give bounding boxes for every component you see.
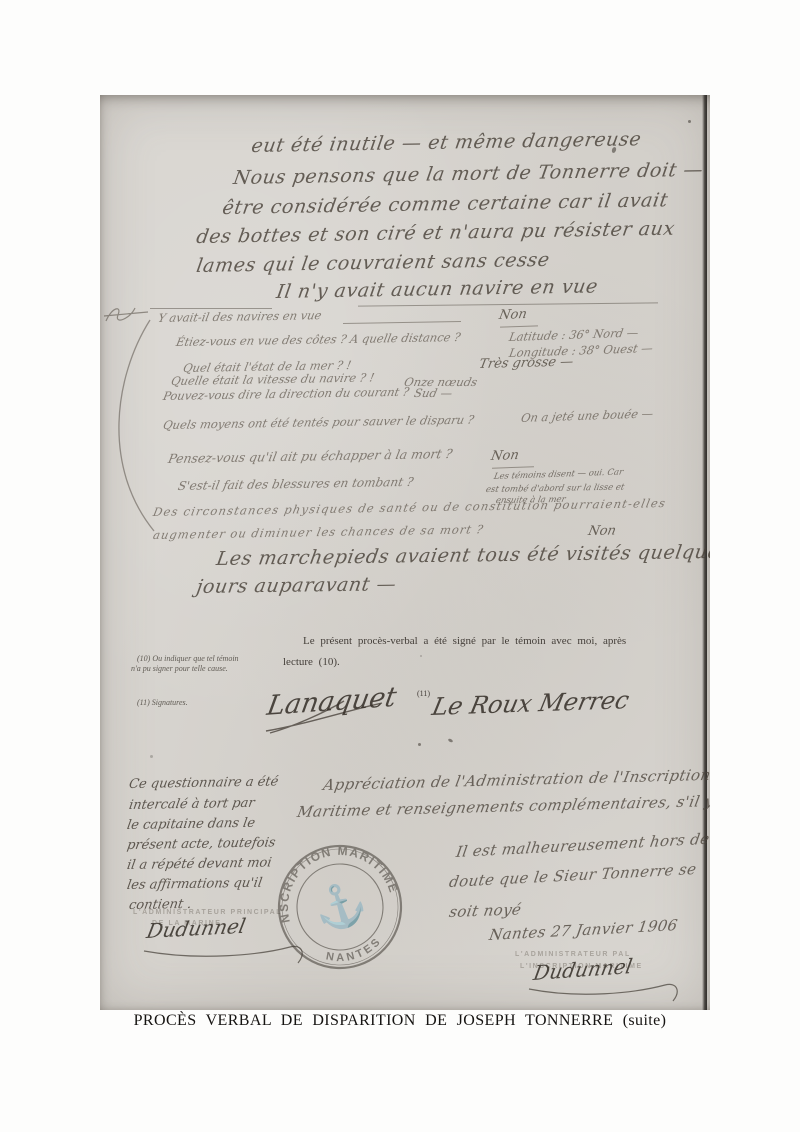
answer-9: Non — [587, 524, 617, 538]
manuscript-line: des bottes et son ciré et n'aura pu rési… — [195, 220, 676, 247]
margin-note-line: les affirmations qu'il — [126, 877, 263, 892]
question-9-line1: Des circonstances physiques de santé ou … — [152, 498, 667, 518]
answer-6: On a jeté une bouée — — [520, 408, 654, 424]
question-7: Pensez-vous qu'il ait pu échapper à la m… — [167, 448, 453, 466]
anchor-icon: ⚓ — [307, 875, 372, 938]
manuscript-no-ship-line: Il n'y avait aucun navire en vue — [275, 277, 599, 302]
ink-speck — [688, 120, 691, 123]
signature-administrator-left: Dudunnel — [145, 916, 247, 941]
ink-speck — [420, 655, 422, 657]
margin-note-line: présent acte, toutefois — [126, 836, 276, 852]
ink-speck — [448, 738, 454, 743]
signature-administrator-right: Dudunnel — [532, 956, 634, 983]
page: eut été inutile — et même dangereuse Nou… — [0, 0, 800, 1132]
signature-official: Le Roux Merrec — [430, 688, 631, 719]
dash-line — [492, 466, 534, 468]
footnote-10-line1: (10) Ou indiquer que tel témoin — [137, 655, 239, 663]
appreciation-heading-line2: Maritime et renseignements complémentair… — [296, 793, 710, 820]
printed-closing-line2: lecture (10). — [283, 657, 340, 668]
bracket-mark — [102, 317, 158, 537]
manuscript-line: Les marchepieds avaient tous été visités… — [215, 543, 710, 569]
scanned-document: eut été inutile — et même dangereuse Nou… — [100, 95, 710, 1010]
dash-line — [500, 325, 538, 327]
ink-speck — [150, 755, 153, 758]
signature-flourish — [258, 699, 388, 735]
answer-8-line1: Les témoins disent — oui. Car — [493, 468, 624, 481]
answer-3: Très grosse — — [478, 355, 574, 371]
dash-line — [343, 321, 461, 324]
question-6: Quels moyens ont été tentés pour sauver … — [162, 415, 475, 432]
margin-note-line: le capitaine dans le — [126, 817, 256, 832]
appreciation-body-line: Il est malheureusement hors de — [455, 832, 710, 860]
answer-5: Sud — — [413, 388, 453, 400]
manuscript-line: Nous pensons que la mort de Tonnerre doi… — [232, 161, 705, 188]
appreciation-body-line: doute que le Sieur Tonnerre se — [448, 862, 698, 890]
question-5: Pouvez-vous dire la direction du courant… — [162, 387, 410, 403]
footnote-10-line2: n'a pu signer pour telle cause. — [131, 665, 228, 673]
caption: PROCÈS VERBAL DE DISPARITION DE JOSEPH T… — [0, 1012, 800, 1030]
question-1: Y avait-il des navires en vue — [157, 310, 322, 324]
answer-1: Non — [498, 308, 528, 322]
manuscript-line: eut été inutile — et même dangereuse — [250, 130, 643, 156]
margin-note-line: Ce questionnaire a été — [128, 775, 279, 791]
ink-speck — [418, 743, 421, 746]
question-9-line2: augmenter ou diminuer les chances de sa … — [152, 524, 485, 541]
question-2: Étiez-vous en vue des côtes ? A quelle d… — [175, 332, 461, 349]
appreciation-body-line: soit noyé — [448, 902, 523, 920]
printed-closing-line1: Le présent procès-verbal a été signé par… — [303, 636, 626, 647]
answer-7: Non — [490, 449, 520, 463]
appreciation-heading-line1: Appréciation de l'Administration de l'In… — [322, 768, 710, 793]
ref-11: (11) — [417, 690, 430, 698]
manuscript-line: être considérée comme certaine car il av… — [221, 191, 669, 218]
footnote-11: (11) Signatures. — [137, 699, 188, 707]
margin-note-line: il a répété devant moi — [126, 856, 273, 872]
answer-8-line2: est tombé d'abord sur la lisse et — [485, 484, 625, 495]
ink-speck — [611, 146, 617, 153]
appreciation-dateline: Nantes 27 Janvier 1906 — [488, 918, 679, 943]
underline-mark — [358, 302, 658, 306]
manuscript-line: lames qui le couvraient sans cesse — [195, 251, 551, 276]
margin-note-line: intercalé à tort par — [128, 797, 256, 812]
question-8: S'est-il fait des blessures en tombant ? — [177, 476, 414, 492]
signature-flourish — [525, 981, 685, 1005]
manuscript-line: jours auparavant — — [195, 575, 398, 597]
margin-squiggle — [102, 303, 154, 325]
